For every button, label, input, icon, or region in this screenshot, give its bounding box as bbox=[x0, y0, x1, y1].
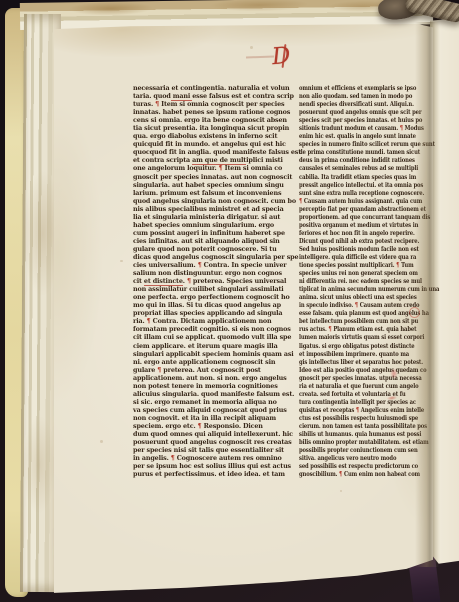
text-line: species unius rei non generat speciem om bbox=[299, 269, 432, 277]
text-line: quod angelus singularia non cognoscit. c… bbox=[133, 197, 295, 205]
text-line: sunt sine extra nulla receptione cognosc… bbox=[299, 189, 432, 197]
text-line: causales et seminales rebus ad se multip… bbox=[299, 164, 432, 172]
text-line: non assimilatur cuilibet singulari assim… bbox=[133, 285, 295, 293]
text-line: quicquid fit in mundo. et angelus qui es… bbox=[133, 140, 295, 148]
text-line: sitiva. angelicus vero neutro modo bbox=[299, 454, 432, 462]
bookmark-cord-ribbed bbox=[404, 0, 459, 24]
text-line: ni differentia rei. nec eadem species se… bbox=[299, 277, 432, 285]
text-line: cit illam cui se applicat. quomodo vult … bbox=[133, 333, 295, 341]
text-line: larium. primum est falsum et inconvenien… bbox=[133, 189, 295, 197]
text-line: cit et distincte. ¶ preterea. Species un… bbox=[133, 277, 295, 285]
red-margin-circle bbox=[409, 307, 420, 318]
text-line: feriores et hoc non fit in angelo reperi… bbox=[299, 229, 432, 237]
text-line: deus in prima conditione indidit ratione… bbox=[299, 156, 432, 164]
text-line: lia et singularia ministeria dirigatur. … bbox=[133, 213, 295, 221]
book-photograph: D necessaria et contingentia. naturalia … bbox=[0, 0, 459, 602]
text-line: ciem applicare. et iterum quare magis il… bbox=[133, 342, 295, 350]
text-line: sitionis tradunt modum et causam. ¶ Modu… bbox=[299, 124, 432, 132]
text-line: cum possint augeri in infinitum haberet … bbox=[133, 229, 295, 237]
text-line: dicas quod angelus cognoscit singularia … bbox=[133, 253, 295, 261]
text-line: species scit per species innatas. et hui… bbox=[299, 116, 432, 124]
text-line: lumen maioris virtutis quam si esset cor… bbox=[299, 333, 432, 341]
red-margin-smudge bbox=[390, 368, 398, 379]
text-line: bet intellectum possibilem cum non sit p… bbox=[299, 317, 432, 325]
text-line: enim hic est. qualis in angelo sunt inna… bbox=[299, 132, 432, 140]
text-column-right: omnium et efficiens et exemplaris se ips… bbox=[299, 84, 432, 478]
text-line: ria. ¶ Contra. Dictam applicationem non bbox=[133, 317, 295, 325]
text-column-left: necessaria et contingentia. naturalia et… bbox=[133, 84, 295, 478]
text-line: Sed huius positionis modum facile non es… bbox=[299, 245, 432, 253]
text-line: one perfecta. ergo perfectionem cognosci… bbox=[133, 293, 295, 301]
text-line: purus et perfectissimus. et ideo idea. e… bbox=[133, 470, 295, 478]
text-line: species in numero finito scilicet rerum … bbox=[299, 140, 432, 148]
text-line: tia sicut presentia. ita longinqua sicut… bbox=[133, 124, 295, 132]
text-line: propriat illas species applicando ad sin… bbox=[133, 309, 295, 317]
text-line: ¶ Causam autem huius assignant. quia cum bbox=[299, 197, 432, 205]
text-line: gnoscit per species innatas. aut non cog… bbox=[133, 173, 295, 181]
text-line: innatas. habet penes se ipsum ratione co… bbox=[133, 108, 295, 116]
text-line: sed possibilis est respectu predictorum … bbox=[299, 462, 432, 470]
text-line: ni. ergo ante applicationem cognoscit si… bbox=[133, 358, 295, 366]
text-line: alicuius singularia. quod manifeste fals… bbox=[133, 390, 295, 398]
text-line: dum quod omnes qui aliquid intellexerunt… bbox=[133, 430, 295, 438]
text-line: posuerunt quod angelus cognoscit res cre… bbox=[133, 438, 295, 446]
text-line: bilis omnino propter mutabilitatem. est … bbox=[299, 438, 432, 446]
text-line: per se ipsum hoc est solius illius qui e… bbox=[133, 462, 295, 470]
next-leaf-edge bbox=[430, 18, 459, 572]
text-line: non alio quodam. sed tamen in modo po bbox=[299, 92, 432, 100]
text-line: applicationem. aut non. si non. ergo ang… bbox=[133, 374, 295, 382]
text-line: positiva organum et medium et virtutes i… bbox=[299, 221, 432, 229]
text-line: turas. ¶ Item si omnia cognoscit per spe… bbox=[133, 100, 295, 108]
text-line: cierum. non tamen est tanta possibilitat… bbox=[299, 422, 432, 430]
text-line: gis intellectus liber et separatus hoc p… bbox=[299, 358, 432, 366]
text-line: de prima constitutione mundi. tamen sicu… bbox=[299, 148, 432, 156]
text-line: quisitas et receptas ¶ Angelicus enim in… bbox=[299, 406, 432, 414]
text-line: habet species omnium singularium. ergo bbox=[133, 221, 295, 229]
braided-bookmark-cord bbox=[377, 0, 459, 32]
text-line: ligatus. si ergo obligatus potest distin… bbox=[299, 342, 432, 350]
text-line: nendi species diversificati sunt. Aliqui… bbox=[299, 100, 432, 108]
text-line: cens si omnia. ergo ita bene cognoscit a… bbox=[133, 116, 295, 124]
text-line: cabilia. Ita tradidit etiam species quas… bbox=[299, 173, 432, 181]
text-line: Dicunt quod nihil ab extra potest recipe… bbox=[299, 237, 432, 245]
text-line: ria et naturalia et que fuerunt cum ange… bbox=[299, 382, 432, 390]
text-line: tiplicat in anima secundum numerum cum i… bbox=[299, 285, 432, 293]
text-line: per species nisi sit talis que essential… bbox=[133, 446, 295, 454]
text-line: one angelorum loquitur. ¶ Item si omnia … bbox=[133, 164, 295, 172]
folio-letter-d: D bbox=[271, 41, 304, 74]
text-line: in angelis. ¶ Cognoscere autem res omnin… bbox=[133, 454, 295, 462]
text-line: gulare ¶ preterea. Aut cognoscit post bbox=[133, 366, 295, 374]
text-line: et contra scripta am que de multiplici m… bbox=[133, 156, 295, 164]
foxing-spot bbox=[250, 46, 253, 49]
text-line: qua. ergo diabolus existens in inferno s… bbox=[133, 132, 295, 140]
text-line: perceptio fiat per quandam abstractionem… bbox=[299, 205, 432, 213]
text-line: va species cum aliquid cognoscat quod pr… bbox=[133, 406, 295, 414]
text-line: sibilis ut humanus. quia humanus est pos… bbox=[299, 430, 432, 438]
text-line: Ideo est alia positio quod angelus queda… bbox=[299, 366, 432, 374]
text-line: posuerunt quod angelus omnis que scit pe… bbox=[299, 108, 432, 116]
text-line: formatam precedit cognitio. si eis non c… bbox=[133, 325, 295, 333]
text-line: cies infinitas. aut sit aliquando aliquo… bbox=[133, 237, 295, 245]
foxing-spot bbox=[340, 490, 342, 492]
text-line: salium non distinguuntur. ergo non cogno… bbox=[133, 269, 295, 277]
text-line: singularia. aut habet species omnium sin… bbox=[133, 181, 295, 189]
text-line: omnium et efficiens et exemplaris se ips… bbox=[299, 84, 432, 92]
text-line: pressit angelico intellectui. et ita omn… bbox=[299, 181, 432, 189]
text-line: rus actus. ¶ Planum etiam est. quia habe… bbox=[299, 325, 432, 333]
foxing-spot bbox=[100, 440, 103, 443]
text-line: quocquod fit in anglia. quod manifeste f… bbox=[133, 148, 295, 156]
text-line: tura contingentia intelligit per species… bbox=[299, 398, 432, 406]
text-line: gulare quod non poterit cognoscere. Si t… bbox=[133, 245, 295, 253]
text-line: tione species possint multiplicari. ¶ Tu… bbox=[299, 261, 432, 269]
text-line: intelligere. quia difficile est videre q… bbox=[299, 253, 432, 261]
text-line: ctus est possibilis respectu huiusmodi s… bbox=[299, 414, 432, 422]
text-line: taria. quod mani esse falsus est et cont… bbox=[133, 92, 295, 100]
text-line: et impossibilem imprimere. quanto ma bbox=[299, 350, 432, 358]
foxing-spot bbox=[120, 260, 123, 262]
text-line: gnoscit per species innatas. utputa nece… bbox=[299, 374, 432, 382]
text-line: gnoscibilium. ¶ Cum enim non habeat com bbox=[299, 470, 432, 478]
text-line: nis alibus specialibus ministret et ad s… bbox=[133, 205, 295, 213]
text-line: non cognovit. et ita in illa recipit ali… bbox=[133, 414, 295, 422]
text-line: creata. sed fortuita et voluntaria et fu bbox=[299, 390, 432, 398]
text-line: speciem. ergo etc. ¶ Responsio. Dicen bbox=[133, 422, 295, 430]
text-line: mo qui in illas. Si tu dicas quod angelu… bbox=[133, 301, 295, 309]
text-line: proportionem. ad que concurrant tanquam … bbox=[299, 213, 432, 221]
text-line: si sic. ergo remanet in memoria aliqua n… bbox=[133, 398, 295, 406]
text-line: necessaria et contingentia. naturalia et… bbox=[133, 84, 295, 92]
text-line: cies universalium. ¶ Contra. In specie u… bbox=[133, 261, 295, 269]
text-line: non potest tenere in memoria cognitiones bbox=[133, 382, 295, 390]
text-line: anima. sicut unius obiecti una est speci… bbox=[299, 293, 432, 301]
text-line: possibilis propter coniunctionem cum sen bbox=[299, 446, 432, 454]
text-line: singulari applicabit speciem hominis qua… bbox=[133, 350, 295, 358]
